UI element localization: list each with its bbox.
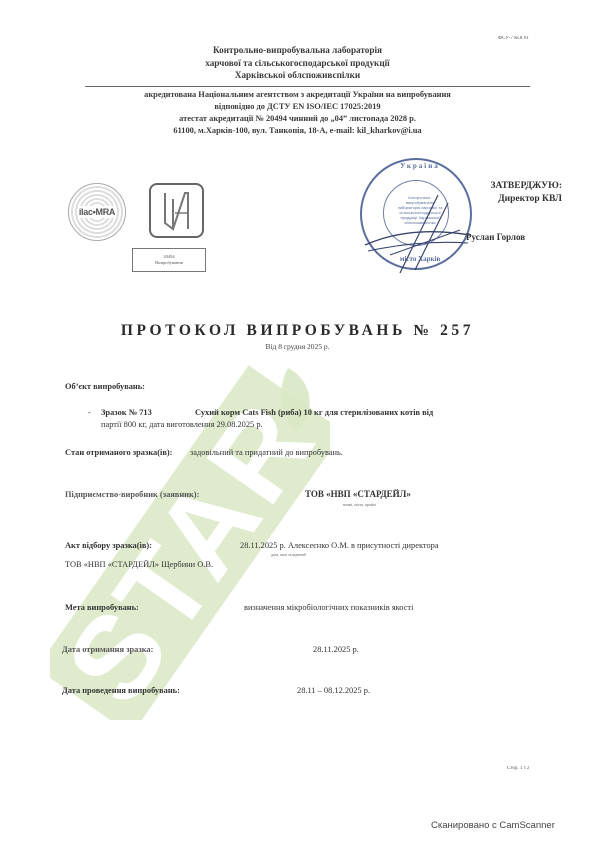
testing-period-value: 28.11 – 08.12.2025 р. xyxy=(297,686,370,695)
ilac-mra-label: ilac•MRA xyxy=(79,206,115,218)
accreditation-line-1: акредитована Національним агентством з а… xyxy=(0,89,595,101)
lab-name-line-3: Харківської облспоживспілки xyxy=(0,69,595,82)
sampling-act-value-line-2: ТОВ «НВП «СТАРДЕЙЛ» Щербини О.В. xyxy=(65,560,213,569)
lab-name-line-1: Контрольно-випробувальна лабораторія xyxy=(0,44,595,57)
condition-label: Стан отриманого зразка(ів): xyxy=(65,448,172,457)
stamp-top-text: Україна xyxy=(380,162,460,170)
testing-period-label: Дата проведення випробувань: xyxy=(62,686,180,695)
sampling-act-note: дата, ким складений xyxy=(271,552,306,557)
lab-name-line-2: харчової та сільськогосподарської продук… xyxy=(0,57,595,70)
director-position: Директор КВЛ xyxy=(452,193,562,206)
sample-number: Зразок № 713 xyxy=(101,408,152,417)
form-code: ФСУ-7 КОІ 01 xyxy=(498,36,529,41)
accreditation-line-3: атестат акредитації № 20494 чинний до „0… xyxy=(0,113,595,125)
purpose-value: визначення мікробіологічних показників я… xyxy=(244,603,413,612)
sample-bullet: - xyxy=(88,408,91,417)
accreditation-line-2: відповідно до ДСТУ EN ISO/IEC 17025:2019 xyxy=(0,101,595,113)
sample-description-line-2: партії 800 кг, дата виготовлення 29.08.2… xyxy=(101,420,263,429)
national-accreditation-logo xyxy=(149,183,204,238)
ilac-mra-logo: ilac•MRA xyxy=(68,183,126,241)
page-number: Стор. 1 з 2 xyxy=(507,766,529,771)
accreditation-info: акредитована Національним агентством з а… xyxy=(0,89,595,137)
header-divider xyxy=(85,86,530,87)
accreditation-number-box: 20494 Випробування xyxy=(132,248,206,272)
sampling-act-label: Акт відбору зразка(ів): xyxy=(65,541,152,550)
manufacturer-label: Підприємство-виробник (заявник): xyxy=(65,490,199,499)
approve-label: ЗАТВЕРДЖУЮ: xyxy=(452,180,562,193)
lab-header: Контрольно-випробувальна лабораторія хар… xyxy=(0,44,595,82)
manufacturer-value: ТОВ «НВП «СТАРДЕЙЛ» xyxy=(305,489,411,499)
sample-description-line-1: Сухий корм Cats Fish (риба) 10 кг для ст… xyxy=(195,408,433,417)
condition-value: задовільний та придатний до випробувань. xyxy=(190,448,343,457)
manufacturer-note: назва, місто, країна xyxy=(343,502,376,507)
sampling-act-value-line-1: 28.11.2025 р. Алексеєнко О.М. в присутно… xyxy=(240,541,439,550)
camscanner-watermark: Сканировано с CamScanner xyxy=(431,820,555,831)
na-monogram-icon xyxy=(151,185,202,236)
purpose-label: Мета випробувань: xyxy=(65,603,139,612)
sample-received-value: 28.11.2025 р. xyxy=(313,645,359,654)
sample-received-label: Дата отримання зразка: xyxy=(62,645,153,654)
lab-address: 61100, м.Харків-100, вул. Танкопія, 18-А… xyxy=(0,125,595,137)
na-box-scope: Випробування xyxy=(133,260,205,266)
protocol-date: Від 8 грудня 2025 р. xyxy=(0,342,595,351)
object-label: Об’єкт випробувань: xyxy=(65,382,145,391)
approval-block: ЗАТВЕРДЖУЮ: Директор КВЛ xyxy=(452,180,562,206)
protocol-title: ПРОТОКОЛ ВИПРОБУВАНЬ № 257 xyxy=(0,322,595,340)
director-name: Руслан Горлов xyxy=(466,232,525,242)
